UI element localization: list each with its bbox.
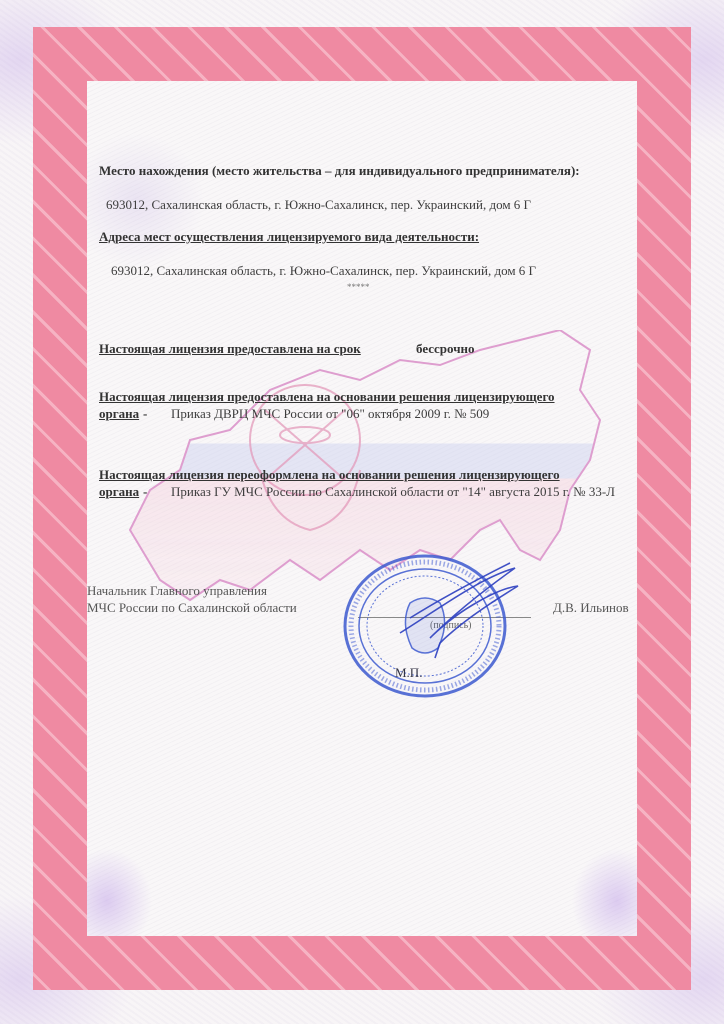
seal-mark: М.П. <box>395 665 422 681</box>
activity-heading: Адреса мест осуществления лицензируемого… <box>99 229 479 245</box>
location-heading: Место нахождения (место жительства – для… <box>99 163 580 179</box>
reissue-basis-label: Настоящая лицензия переоформлена на осно… <box>99 467 560 483</box>
term-label: Настоящая лицензия предоставлена на срок <box>99 341 361 357</box>
grant-basis-dash: - <box>143 406 147 422</box>
activity-address: 693012, Сахалинская область, г. Южно-Сах… <box>111 263 536 279</box>
reissue-basis-label-organ: органа <box>99 484 139 500</box>
signer-position-line2: МЧС России по Сахалинской области <box>87 600 297 616</box>
official-seal <box>340 548 520 698</box>
signer-name: Д.В. Ильинов <box>553 600 629 616</box>
grant-basis-label: Настоящая лицензия предоставлена на осно… <box>99 389 555 405</box>
grant-basis-label-organ: органа <box>99 406 139 422</box>
reissue-basis-value: Приказ ГУ МЧС России по Сахалинской обла… <box>171 484 615 500</box>
separator: ***** <box>347 282 370 292</box>
signer-position-line1: Начальник Главного управления <box>87 583 267 599</box>
term-value: бессрочно <box>416 341 475 357</box>
reissue-basis-dash: - <box>143 484 147 500</box>
location-address: 693012, Сахалинская область, г. Южно-Сах… <box>106 197 531 213</box>
grant-basis-value: Приказ ДВРЦ МЧС России от "06" октября 2… <box>171 406 489 422</box>
